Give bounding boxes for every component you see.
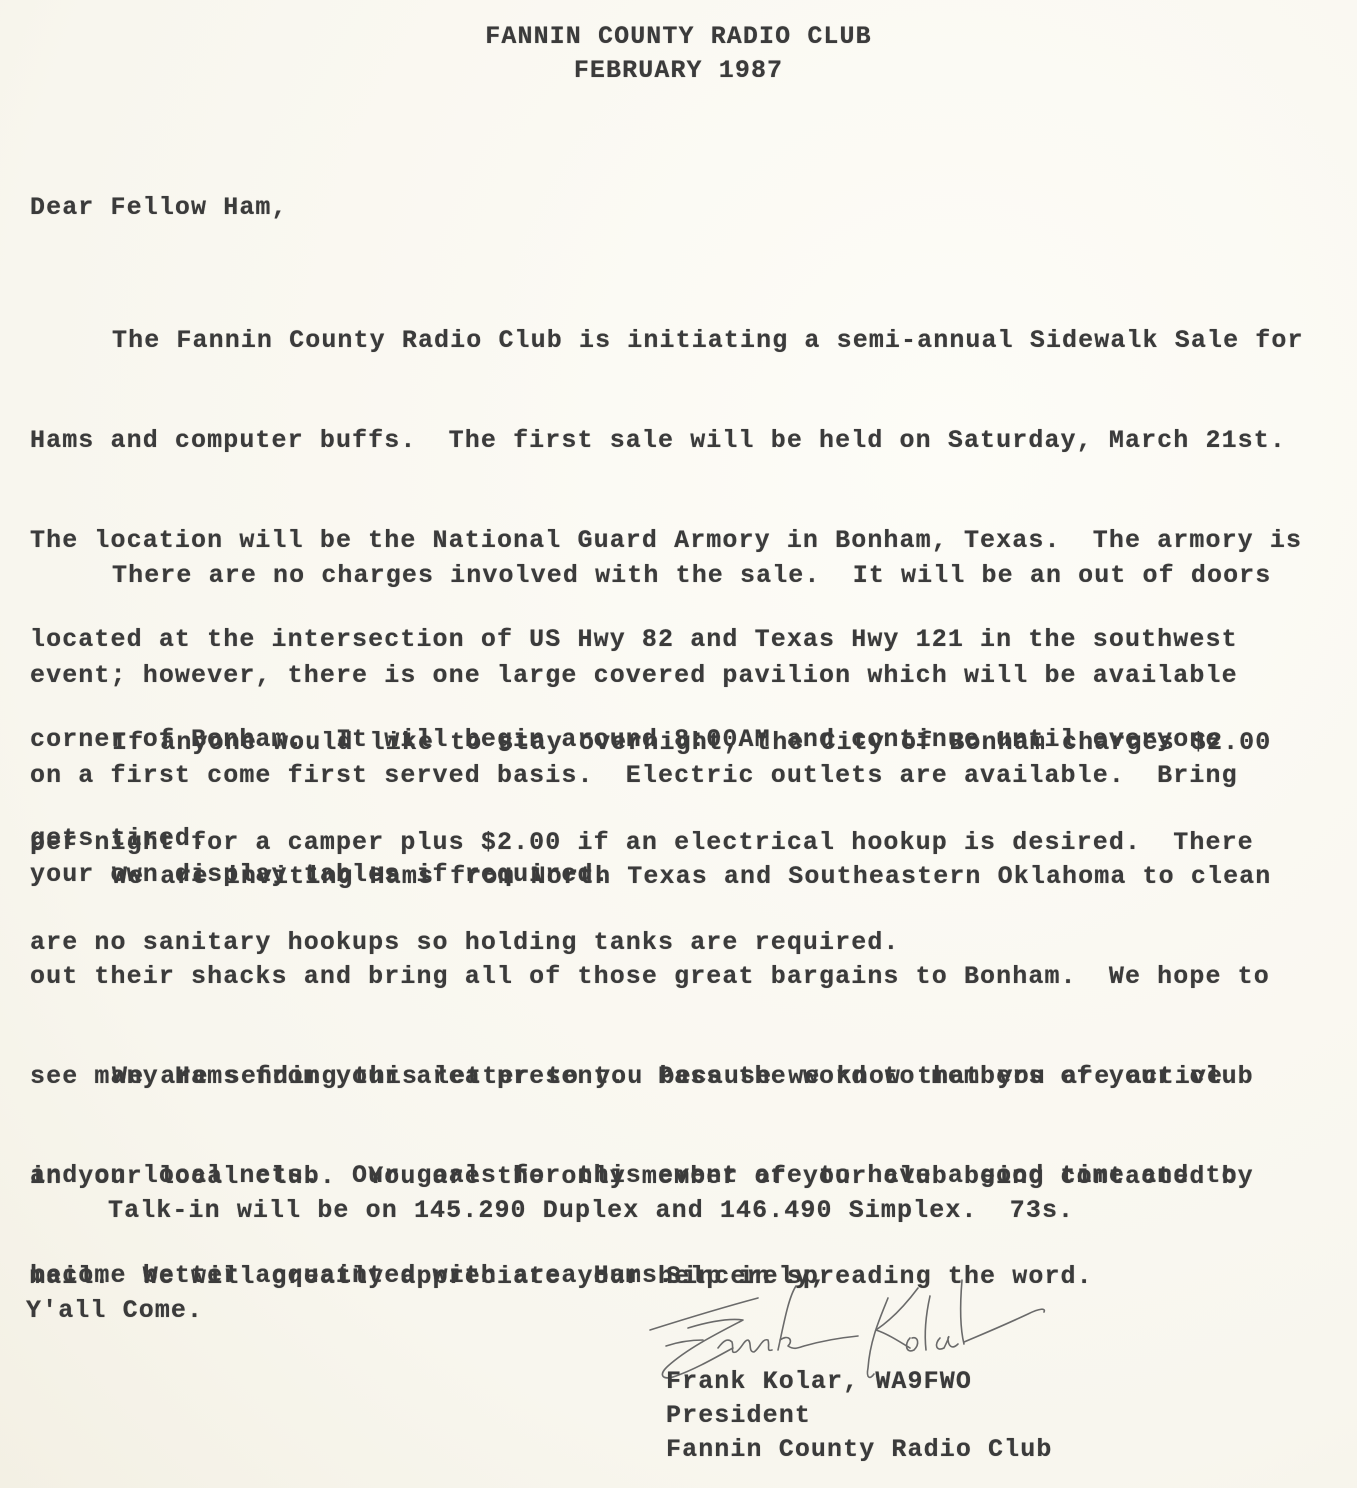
paragraph-line: The Fannin County Radio Club is initiati… xyxy=(30,324,1304,357)
paragraph-line: out their shacks and bring all of those … xyxy=(30,960,1271,993)
paragraph-line: We are sending this letter to you becaus… xyxy=(30,1060,1254,1093)
letterhead-date: FEBRUARY 1987 xyxy=(0,56,1357,85)
letter-page: FANNIN COUNTY RADIO CLUB FEBRUARY 1987 D… xyxy=(0,0,1357,1488)
paragraph-line: Talk-in will be on 145.290 Duplex and 14… xyxy=(26,1194,1074,1227)
signer-title: President xyxy=(666,1401,811,1430)
letterhead-org: FANNIN COUNTY RADIO CLUB xyxy=(0,22,1357,51)
paragraph-line: If anyone would like to stay overnight, … xyxy=(30,726,1271,759)
signer-name-callsign: Frank Kolar, WA9FWO xyxy=(666,1367,972,1396)
paragraph-line: Hams and computer buffs. The first sale … xyxy=(30,424,1304,457)
signer-organization: Fannin County Radio Club xyxy=(666,1435,1052,1464)
paragraph-line: We are inviting Hams from North Texas an… xyxy=(30,860,1271,893)
paragraph-line: There are no charges involved with the s… xyxy=(30,559,1271,592)
salutation: Dear Fellow Ham, xyxy=(30,193,288,222)
